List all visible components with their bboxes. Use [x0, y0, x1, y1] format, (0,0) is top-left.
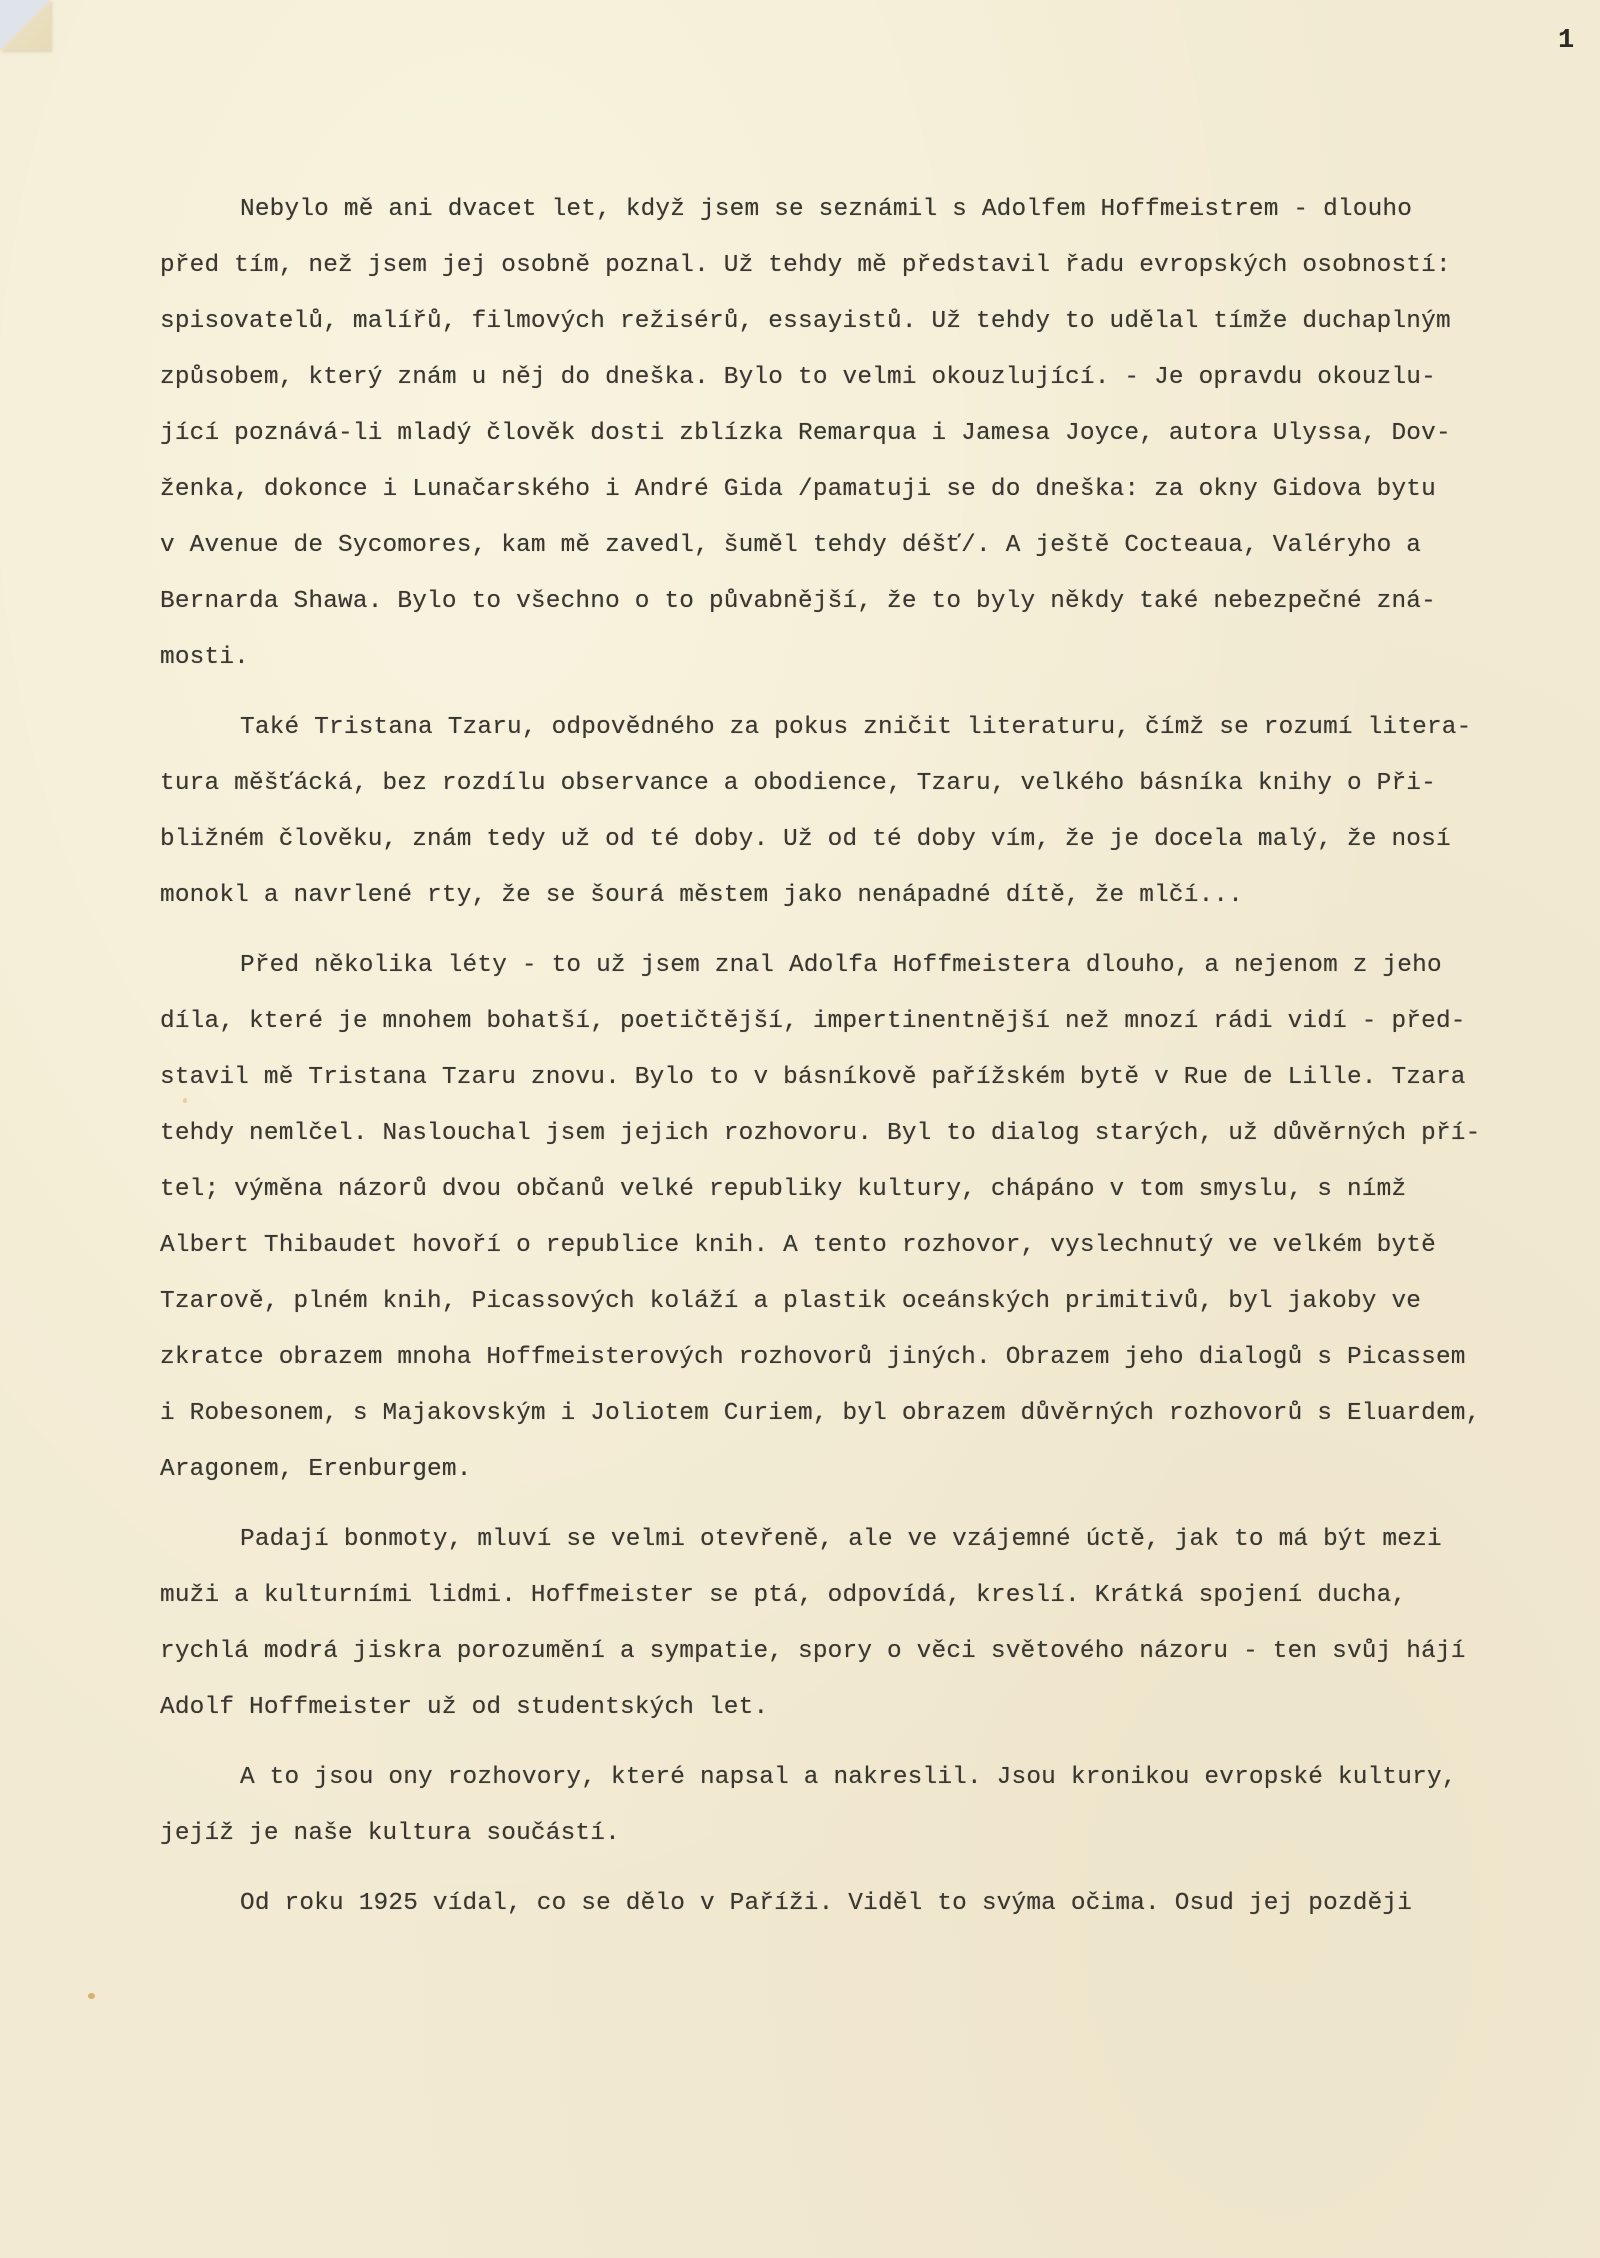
text-line: A to jsou ony rozhovory, které napsal a … [160, 1750, 1560, 1806]
text-line: v Avenue de Sycomores, kam mě zavedl, šu… [160, 518, 1560, 574]
paragraph: Také Tristana Tzaru, odpovědného za poku… [160, 700, 1560, 924]
text-line: spisovatelů, malířů, filmových režisérů,… [160, 294, 1560, 350]
text-line: tehdy nemlčel. Naslouchal jsem jejich ro… [160, 1106, 1560, 1162]
text-line: Albert Thibaudet hovoří o republice knih… [160, 1218, 1560, 1274]
text-line: jejíž je naše kultura součástí. [160, 1806, 1560, 1862]
text-line: tura měšťácká, bez rozdílu observance a … [160, 756, 1560, 812]
text-line: muži a kulturními lidmi. Hoffmeister se … [160, 1568, 1560, 1624]
text-line: mosti. [160, 630, 1560, 686]
paragraph: Nebylo mě ani dvacet let, když jsem se s… [160, 182, 1560, 686]
text-line: monokl a navrlené rty, že se šourá měste… [160, 868, 1560, 924]
text-line: Padají bonmoty, mluví se velmi otevřeně,… [160, 1512, 1560, 1568]
text-line: Nebylo mě ani dvacet let, když jsem se s… [160, 182, 1560, 238]
text-line: Také Tristana Tzaru, odpovědného za poku… [160, 700, 1560, 756]
text-line: Tzarově, plném knih, Picassových koláží … [160, 1274, 1560, 1330]
text-line: zkratce obrazem mnoha Hoffmeisterových r… [160, 1330, 1560, 1386]
page-number: 1 [1558, 26, 1574, 56]
paragraph: Před několika léty - to už jsem znal Ado… [160, 938, 1560, 1498]
ink-stain [88, 1993, 95, 1999]
folded-corner [0, 0, 50, 50]
paragraph: A to jsou ony rozhovory, které napsal a … [160, 1750, 1560, 1862]
paragraph: Padají bonmoty, mluví se velmi otevřeně,… [160, 1512, 1560, 1736]
text-line: Bernarda Shawa. Bylo to všechno o to pův… [160, 574, 1560, 630]
text-line: bližném člověku, znám tedy už od té doby… [160, 812, 1560, 868]
text-line: Aragonem, Erenburgem. [160, 1442, 1560, 1498]
text-line: před tím, než jsem jej osobně poznal. Už… [160, 238, 1560, 294]
text-line: i Robesonem, s Majakovským i Joliotem Cu… [160, 1386, 1560, 1442]
document-body: Nebylo mě ani dvacet let, když jsem se s… [160, 182, 1560, 1932]
text-line: tel; výměna názorů dvou občanů velké rep… [160, 1162, 1560, 1218]
text-line: ženka, dokonce i Lunačarského i André Gi… [160, 462, 1560, 518]
text-line: Od roku 1925 vídal, co se dělo v Paříži.… [160, 1876, 1560, 1932]
typewritten-page: 1 Nebylo mě ani dvacet let, když jsem se… [0, 0, 1600, 2258]
text-line: způsobem, který znám u něj do dneška. By… [160, 350, 1560, 406]
text-line: díla, které je mnohem bohatší, poetičtěj… [160, 994, 1560, 1050]
text-line: Před několika léty - to už jsem znal Ado… [160, 938, 1560, 994]
text-line: jící poznává-li mladý člověk dosti zblíz… [160, 406, 1560, 462]
text-line: rychlá modrá jiskra porozumění a sympati… [160, 1624, 1560, 1680]
text-line: Adolf Hoffmeister už od studentských let… [160, 1680, 1560, 1736]
text-line: stavil mě Tristana Tzaru znovu. Bylo to … [160, 1050, 1560, 1106]
paragraph: Od roku 1925 vídal, co se dělo v Paříži.… [160, 1876, 1560, 1932]
